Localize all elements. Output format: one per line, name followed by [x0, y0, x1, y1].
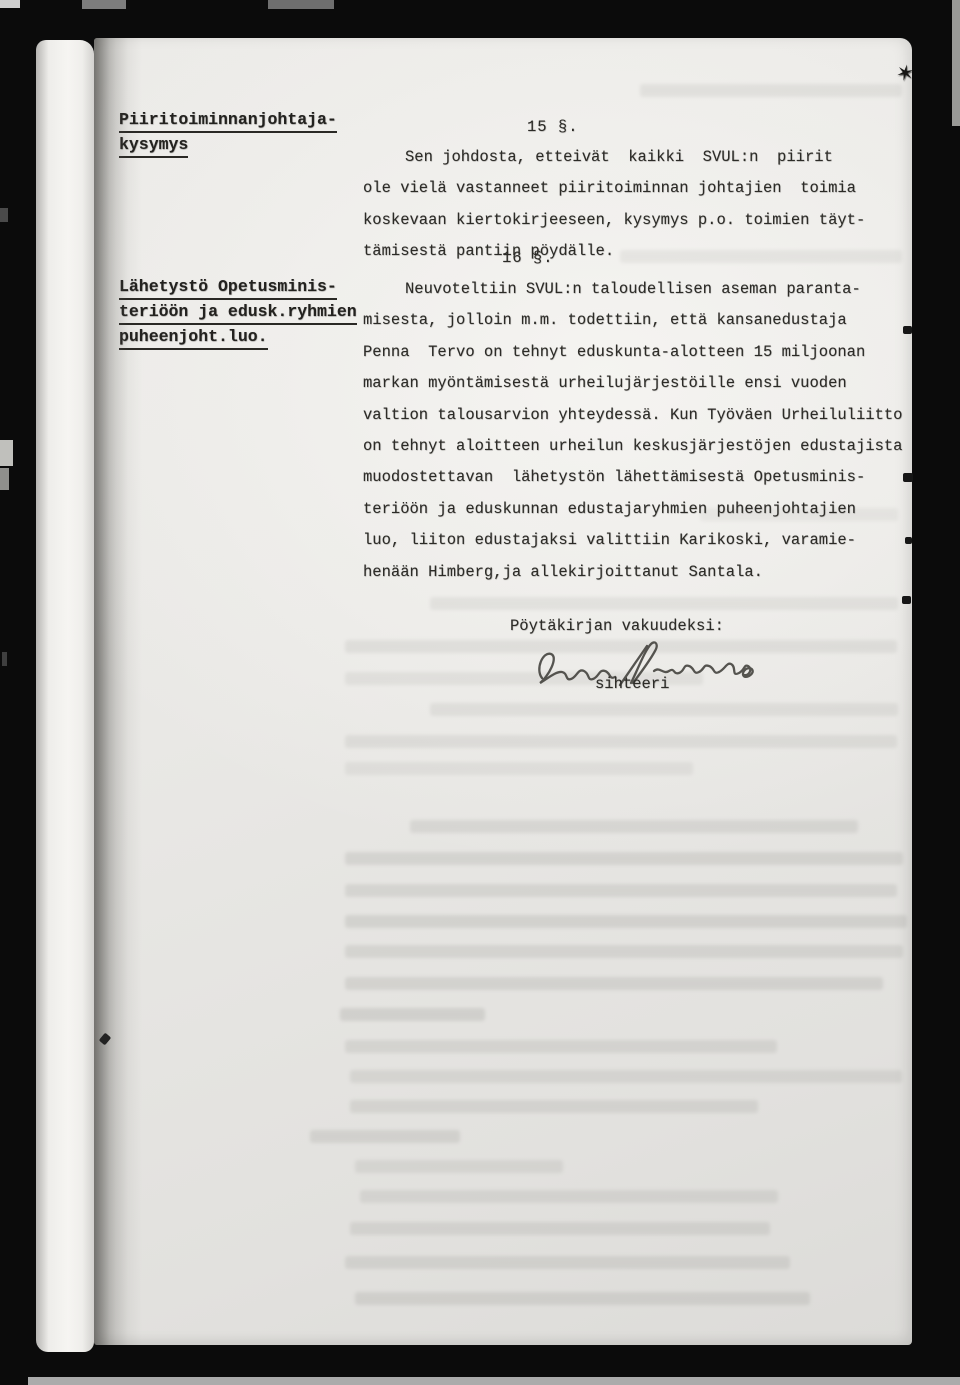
- body-line: luo, liiton edustajaksi valittiin Kariko…: [363, 525, 943, 556]
- body-line: on tehnyt aloitteen urheilun keskusjärje…: [363, 431, 943, 462]
- body-line: ole vielä vastanneet piiritoiminnan joht…: [363, 173, 923, 204]
- section-15-heading: 15 §.: [527, 118, 579, 136]
- scan-artifact: [268, 0, 334, 9]
- attestation-line: Pöytäkirjan vakuudeksi:: [510, 617, 724, 635]
- scan-artifact: [952, 0, 960, 126]
- scan-artifact: [0, 440, 13, 466]
- edge-tick-mark: [905, 537, 912, 544]
- body-line: misesta, jolloin m.m. todettiin, että ka…: [363, 305, 943, 336]
- margin-note-line: Lähetystö Opetusminis-: [119, 275, 337, 300]
- body-line: muodostettavan lähetystön lähettämisestä…: [363, 462, 943, 493]
- star-ink-mark: ✶: [894, 57, 930, 93]
- book-page-edge: [36, 40, 94, 1352]
- body-line: teriöön ja eduskunnan edustajaryhmien pu…: [363, 494, 943, 525]
- margin-note-line: teriöön ja edusk.ryhmien: [119, 300, 357, 325]
- scan-artifact: [2, 652, 7, 666]
- margin-note-line: kysymys: [119, 133, 188, 158]
- margin-note-line: Piiritoiminnanjohtaja-: [119, 108, 337, 133]
- signer-title: sihteeri: [595, 675, 669, 693]
- gutter-shadow: [94, 38, 128, 1345]
- scan-artifact: [0, 0, 20, 8]
- body-line: markan myöntämisestä urheilujärjestöille…: [363, 368, 943, 399]
- scan-artifact: [0, 468, 9, 490]
- scanned-document-photo: Piiritoiminnanjohtaja- kysymys 15 §. Sen…: [0, 0, 960, 1385]
- scan-artifact: [28, 1377, 960, 1385]
- document-page: Piiritoiminnanjohtaja- kysymys 15 §. Sen…: [94, 38, 912, 1345]
- body-line: tämisestä pantiin pöydälle.: [363, 236, 923, 267]
- edge-tick-mark: [902, 596, 911, 604]
- margin-note-lahetysto: Lähetystö Opetusminis- teriöön ja edusk.…: [119, 275, 357, 350]
- section-16-paragraph: Neuvoteltiin SVUL:n taloudellisen aseman…: [363, 274, 943, 588]
- section-15-paragraph: Sen johdosta, etteivät kaikki SVUL:n pii…: [363, 142, 923, 268]
- body-line: Penna Tervo on tehnyt eduskunta-alotteen…: [363, 337, 943, 368]
- scan-artifact: [0, 208, 8, 222]
- edge-tick-mark: [903, 326, 912, 334]
- body-line: Neuvoteltiin SVUL:n taloudellisen aseman…: [363, 274, 943, 305]
- margin-note-line: puheenjoht.luo.: [119, 325, 268, 350]
- body-line: Sen johdosta, etteivät kaikki SVUL:n pii…: [363, 142, 923, 173]
- body-line: valtion talousarvion yhteydessä. Kun Työ…: [363, 400, 943, 431]
- edge-tick-mark: [903, 473, 913, 482]
- body-line: koskevaan kiertokirjeeseen, kysymys p.o.…: [363, 205, 923, 236]
- typed-text-layer: Piiritoiminnanjohtaja- kysymys 15 §. Sen…: [94, 38, 912, 1345]
- section-16-heading: 16 §.: [502, 249, 554, 267]
- margin-note-piiritoiminnanjohtaja: Piiritoiminnanjohtaja- kysymys: [119, 108, 337, 158]
- body-line: henään Himberg,ja allekirjoittanut Santa…: [363, 557, 943, 588]
- scan-artifact: [82, 0, 126, 9]
